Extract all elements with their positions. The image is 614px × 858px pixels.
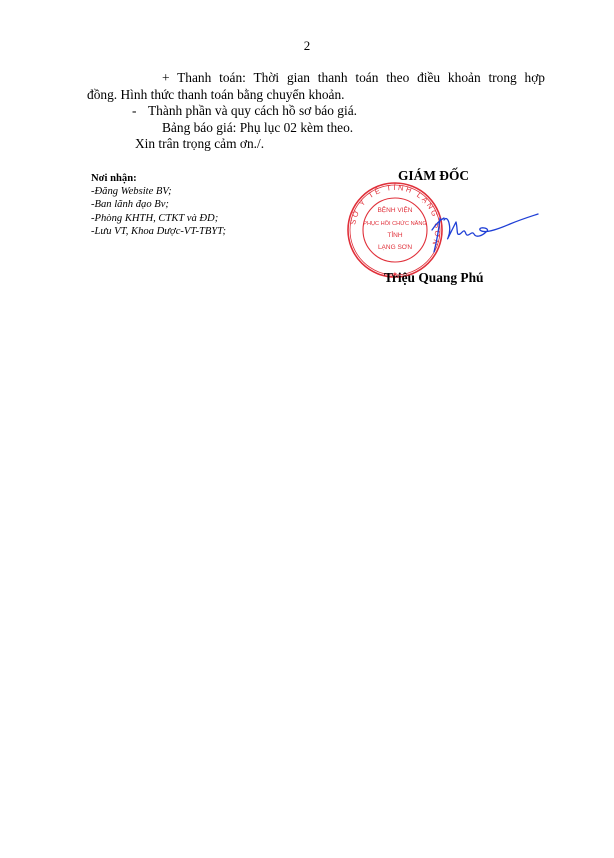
quote-appendix-line: Bảng báo giá: Phụ lục 02 kèm theo. — [162, 120, 353, 136]
recipient-item: -Phòng KHTH, CTKT và ĐD; — [91, 212, 226, 225]
svg-text:PHỤC HỒI CHỨC NĂNG: PHỤC HỒI CHỨC NĂNG — [363, 220, 427, 227]
recipient-item: -Ban lãnh đạo Bv; — [91, 198, 226, 211]
recipient-item: -Lưu VT, Khoa Dược-VT-TBYT; — [91, 225, 226, 238]
components-line: Thành phần và quy cách hồ sơ báo giá. — [148, 103, 357, 119]
payment-terms-line-1: + Thanh toán: Thời gian thanh toán theo … — [162, 70, 545, 86]
svg-text:TỈNH: TỈNH — [387, 230, 402, 239]
handwritten-signature-icon — [430, 200, 540, 255]
page-number: 2 — [300, 38, 314, 54]
recipient-item: -Đăng Website BV; — [91, 185, 226, 198]
payment-terms-line-2: đồng. Hình thức thanh toán bằng chuyển k… — [87, 87, 345, 103]
list-bullet: - — [132, 103, 136, 119]
svg-text:BỆNH VIỆN: BỆNH VIỆN — [377, 205, 412, 214]
closing-line: Xin trân trọng cảm ơn./. — [135, 136, 264, 152]
recipients-block: Nơi nhận: -Đăng Website BV; -Ban lãnh đạ… — [91, 172, 226, 238]
document-page: 2 + Thanh toán: Thời gian thanh toán the… — [0, 0, 614, 858]
recipients-title: Nơi nhận: — [91, 172, 226, 185]
svg-text:LẠNG SƠN: LẠNG SƠN — [378, 244, 412, 251]
signer-name: Triệu Quang Phú — [384, 270, 483, 286]
